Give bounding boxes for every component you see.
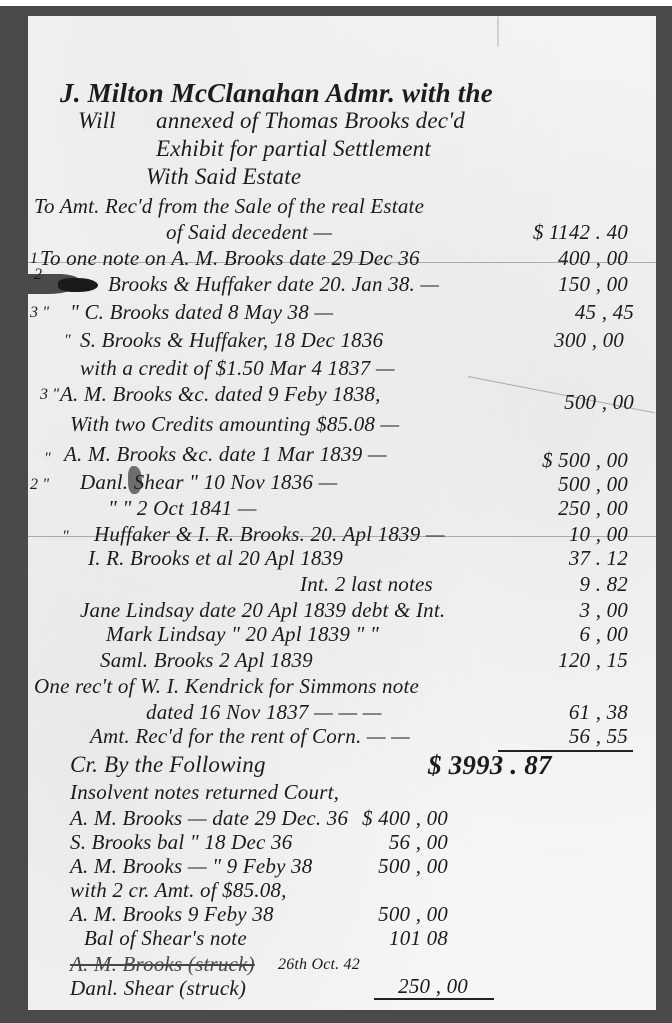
entry-amount: 10 , 00 — [508, 522, 628, 547]
scan-border-top — [0, 0, 672, 6]
credit-entry-text: with 2 cr. Amt. of $85.08, — [70, 878, 287, 903]
entry-text: Mark Lindsay " 20 Apl 1839 " " — [106, 622, 379, 647]
credit-entry-amount: 500 , 00 — [328, 854, 448, 879]
credit-entry-text: A. M. Brooks (struck) — [70, 952, 255, 977]
credit-entry-text: S. Brooks bal " 18 Dec 36 — [70, 830, 292, 855]
credit-entry-amount: 500 , 00 — [328, 902, 448, 927]
entry-text: " " 2 Oct 1841 — — [108, 496, 257, 521]
intro-line-1: To Amt. Rec'd from the Sale of the real … — [34, 194, 424, 219]
intro-line-2: of Said decedent — — [166, 220, 332, 245]
entry-amount: 500 , 00 — [514, 390, 634, 415]
entry-amount: $ 500 , 00 — [508, 448, 628, 473]
entry-mark: 3 " — [40, 386, 59, 404]
heading-line-2: annexed of Thomas Brooks dec'd — [156, 108, 465, 134]
credit-entry-date-note: 26th Oct. 42 — [278, 956, 360, 974]
fold-crease — [498, 17, 499, 47]
intro-amount: $ 1142 . 40 — [508, 220, 628, 245]
heading-line-1: J. Milton McClanahan Admr. with the — [60, 78, 493, 109]
heading-will: Will — [78, 108, 116, 134]
entry-amount: 500 , 00 — [508, 472, 628, 497]
entry-mark: 2 — [34, 266, 42, 284]
insolvent-heading: Insolvent notes returned Court, — [70, 780, 339, 805]
heading-line-4: With Said Estate — [146, 164, 301, 190]
credit-entry-amount: 56 , 00 — [328, 830, 448, 855]
entry-mark: " — [64, 332, 71, 350]
credit-entry-text: A. M. Brooks — date 29 Dec. 36 — [70, 806, 348, 831]
entry-mark: " — [62, 528, 69, 546]
credit-entry-amount: 250 , 00 — [348, 974, 468, 999]
credit-entry-text: Danl. Shear (struck) — [70, 976, 246, 1001]
credit-entry-text: A. M. Brooks — " 9 Feby 38 — [70, 854, 312, 879]
entry-amount: 45 , 45 — [514, 300, 634, 325]
credit-entry-amount: $ 400 , 00 — [328, 806, 448, 831]
entry-amount: 250 , 00 — [508, 496, 628, 521]
entry-amount: 400 , 00 — [508, 246, 628, 271]
entry-mark: 2 " — [30, 476, 49, 494]
grand-total: $ 3993 . 87 — [428, 750, 552, 781]
entry-amount: 150 , 00 — [508, 272, 628, 297]
entry-amount: 37 . 12 — [508, 546, 628, 571]
credit-heading: Cr. By the Following — [70, 752, 266, 778]
entry-amount: 56 , 55 — [508, 724, 628, 749]
entry-mark: 3 " — [30, 304, 49, 322]
entry-mark: " — [44, 450, 51, 468]
entry-text: Amt. Rec'd for the rent of Corn. — — — [90, 724, 410, 749]
entry-text: Danl. Shear " 10 Nov 1836 — — [80, 470, 337, 495]
entry-amount: 6 , 00 — [508, 622, 628, 647]
entry-amount: 300 , 00 — [504, 328, 624, 353]
entry-text: I. R. Brooks et al 20 Apl 1839 — [88, 546, 343, 571]
entry-amount: 3 , 00 — [508, 598, 628, 623]
ink-stain — [58, 278, 98, 292]
credit-entry-text: A. M. Brooks 9 Feby 38 — [70, 902, 274, 927]
entry-text: Jane Lindsay date 20 Apl 1839 debt & Int… — [80, 598, 445, 623]
heading-line-3: Exhibit for partial Settlement — [156, 136, 431, 162]
entry-amount: 9 . 82 — [508, 572, 628, 597]
document-page: J. Milton McClanahan Admr. with the Will… — [28, 16, 656, 1010]
entry-text: One rec't of W. I. Kendrick for Simmons … — [34, 674, 419, 699]
credit-entry-text: Bal of Shear's note — [84, 926, 247, 951]
entry-text: dated 16 Nov 1837 — — — — [146, 700, 382, 725]
entry-text: with a credit of $1.50 Mar 4 1837 — — [80, 356, 395, 381]
entry-text: Int. 2 last notes — [300, 572, 433, 597]
entry-text: Huffaker & I. R. Brooks. 20. Apl 1839 — — [94, 522, 445, 547]
entry-text: Brooks & Huffaker date 20. Jan 38. — — [108, 272, 439, 297]
credit-entry-amount: 101 08 — [328, 926, 448, 951]
entry-text: Saml. Brooks 2 Apl 1839 — [100, 648, 313, 673]
entry-text: A. M. Brooks &c. date 1 Mar 1839 — — [64, 442, 387, 467]
entry-text: With two Credits amounting $85.08 — — [70, 412, 399, 437]
entry-text: " C. Brooks dated 8 May 38 — — [70, 300, 333, 325]
entry-text: S. Brooks & Huffaker, 18 Dec 1836 — [80, 328, 383, 353]
entry-text: A. M. Brooks &c. dated 9 Feby 1838, — [60, 382, 381, 407]
credit-sum-rule — [374, 998, 494, 1000]
entry-amount: 61 , 38 — [508, 700, 628, 725]
entry-amount: 120 , 15 — [508, 648, 628, 673]
entry-text: To one note on A. M. Brooks date 29 Dec … — [40, 246, 420, 271]
